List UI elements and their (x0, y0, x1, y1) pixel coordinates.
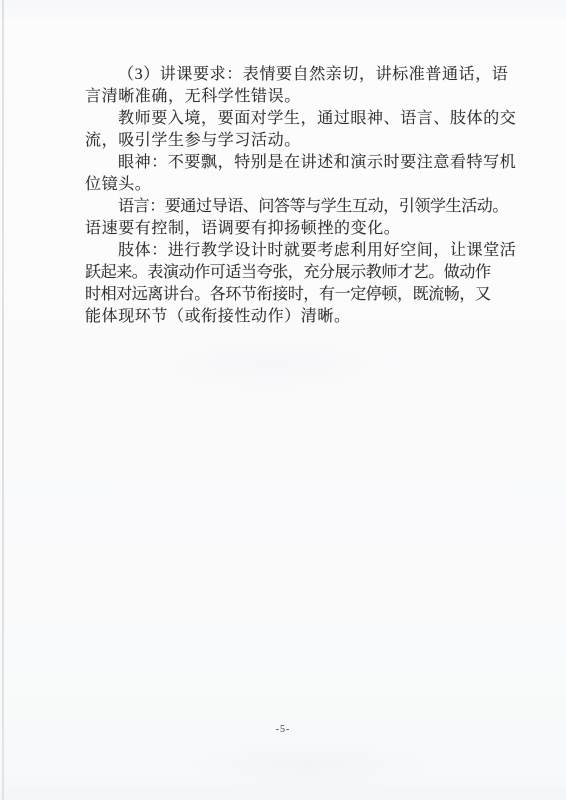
text-line: 语速要有控制，语调要有抑扬顿挫的变化。 (85, 218, 525, 240)
paragraph-body-movement: 肢体：进行教学设计时就要考虑利用好空间，让课堂活 跃起来。表演动作可适当夸张，充… (85, 240, 525, 328)
text-line: 肢体：进行教学设计时就要考虑利用好空间，让课堂活 (85, 240, 525, 262)
text-line: 眼神：不要飘，特别是在讲述和演示时要注意看特写机 (85, 152, 525, 174)
document-body: （3）讲课要求：表情要自然亲切，讲标准普通话，语 言清晰准确，无科学性错误。 教… (85, 64, 525, 328)
scan-edge-shadow (2, 0, 4, 800)
text-line: 跃起来。表演动作可适当夸张，充分展示教师才艺。做动作 (85, 262, 525, 284)
text-line: 流，吸引学生参与学习活动。 (85, 130, 525, 152)
paragraph-language: 语言：要通过导语、问答等与学生互动，引领学生活动。 语速要有控制，语调要有抑扬顿… (85, 196, 525, 240)
paragraph-eye-contact: 眼神：不要飘，特别是在讲述和演示时要注意看特写机 位镜头。 (85, 152, 525, 196)
text-line: 语言：要通过导语、问答等与学生互动，引领学生活动。 (85, 196, 525, 218)
paragraph-teacher-engagement: 教师要入境，要面对学生，通过眼神、语言、肢体的交 流，吸引学生参与学习活动。 (85, 108, 525, 152)
scan-artifact-shade (120, 330, 420, 400)
text-line: 位镜头。 (85, 174, 525, 196)
paragraph-lecture-requirements: （3）讲课要求：表情要自然亲切，讲标准普通话，语 言清晰准确，无科学性错误。 (85, 64, 525, 108)
text-line: （3）讲课要求：表情要自然亲切，讲标准普通话，语 (85, 64, 525, 86)
text-line: 时相对远离讲台。各环节衔接时，有一定停顿，既流畅，又 (85, 284, 525, 306)
document-page: （3）讲课要求：表情要自然亲切，讲标准普通话，语 言清晰准确，无科学性错误。 教… (0, 0, 566, 800)
text-line: 教师要入境，要面对学生，通过眼神、语言、肢体的交 (85, 108, 525, 130)
page-number: -5- (0, 724, 566, 735)
scan-artifact-shade (180, 740, 440, 790)
text-line: 言清晰准确，无科学性错误。 (85, 86, 525, 108)
text-line: 能体现环节（或衔接性动作）清晰。 (85, 306, 525, 328)
